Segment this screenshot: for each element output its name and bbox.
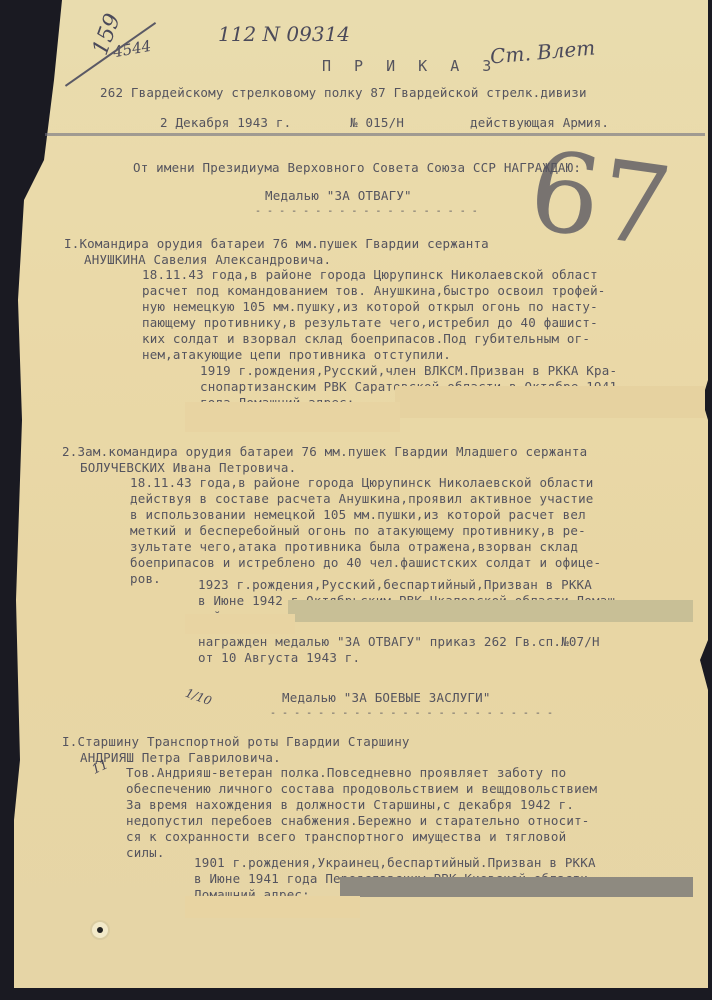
entry-2-body-4: меткий и бесперебойный огонь по атакующе… bbox=[130, 523, 586, 538]
redacted-address-1b bbox=[185, 402, 400, 432]
entry-1-body-4: пающему противнику,в результате чего,ист… bbox=[142, 315, 598, 330]
redacted-address-2 bbox=[288, 600, 693, 622]
entry-3-name: АНДРИЯШ Петра Гавриловича. bbox=[80, 750, 281, 765]
entry-2-body-3: в использовании немецкой 105 мм.пушки,из… bbox=[130, 507, 586, 522]
order-date: 2 Декабря 1943 г. bbox=[160, 115, 291, 130]
order-title: П Р И К А З bbox=[322, 57, 498, 75]
entry-2-body-1: 18.11.43 года,в районе города Цюрупинск … bbox=[130, 475, 594, 490]
entry-1-rank: I.Командира орудия батареи 76 мм.пушек Г… bbox=[64, 236, 489, 251]
header-divider bbox=[45, 133, 705, 136]
entry-1-body-1: 18.11.43 года,в районе города Цюрупинск … bbox=[142, 267, 598, 282]
entry-3-body-1: Тов.Андрияш-ветеран полка.Повседневно пр… bbox=[126, 765, 566, 780]
order-unit: 262 Гвардейскому стрелковому полку 87 Гв… bbox=[100, 85, 587, 100]
redacted-address-3b bbox=[185, 896, 360, 918]
redacted-address-2b bbox=[185, 614, 295, 634]
big-handwritten-mark: 67 bbox=[522, 126, 678, 272]
entry-2-body-5: зультате чего,атака противника была отра… bbox=[130, 539, 578, 554]
archive-number: 112 N 09314 bbox=[218, 22, 350, 46]
punch-hole-center bbox=[97, 927, 103, 933]
entry-3-body-4: недопустил перебоев снабжения.Бережно и … bbox=[126, 813, 590, 828]
entry-3-body-6: силы. bbox=[126, 845, 165, 860]
order-location: действующая Армия. bbox=[470, 115, 609, 130]
entry-3-body-2: обеспечению личного состава продовольств… bbox=[126, 781, 597, 796]
prior-award-2: от 10 Августа 1943 г. bbox=[198, 650, 360, 665]
preamble: От имени Президиума Верховного Совета Со… bbox=[133, 160, 581, 175]
heading-underline: - - - - - - - - - - - - - - - - - - - bbox=[255, 206, 478, 217]
entry-1-name: АНУШКИНА Савелия Александровича. bbox=[84, 252, 331, 267]
entry-3-rank: I.Старшину Транспортной роты Гвардии Ста… bbox=[62, 734, 410, 749]
entry-1-body-2: расчет под командованием тов. Анушкина,б… bbox=[142, 283, 606, 298]
redacted-address-1 bbox=[395, 386, 705, 418]
entry-2-body-7: ров. bbox=[130, 571, 161, 586]
heading-underline-2: - - - - - - - - - - - - - - - - - - - - … bbox=[270, 708, 553, 719]
entry-1-bio-1: 1919 г.рождения,Русский,член ВЛКСМ.Призв… bbox=[200, 363, 617, 378]
entry-1-body-3: ную немецкую 105 мм.пушку,из которой отк… bbox=[142, 299, 598, 314]
prior-award-1: награжден медалью "ЗА ОТВАГУ" приказ 262… bbox=[198, 634, 600, 649]
entry-2-name: БОЛУЧЕВСКИХ Ивана Петровича. bbox=[80, 460, 296, 475]
medal-heading-2: Медалью "ЗА БОЕВЫЕ ЗАСЛУГИ" bbox=[282, 690, 491, 705]
entry-2-rank: 2.Зам.командира орудия батареи 76 мм.пуш… bbox=[62, 444, 587, 459]
redacted-address-3 bbox=[340, 877, 693, 897]
entry-1-body-6: нем,атакующие цепи противника отступили. bbox=[142, 347, 451, 362]
entry-1-body-5: ких солдат и взорвал склад боеприпасов.П… bbox=[142, 331, 590, 346]
entry-2-body-6: боеприпасов и истреблено до 40 чел.фашис… bbox=[130, 555, 601, 570]
entry-3-bio-1: 1901 г.рождения,Украинец,беспартийный.Пр… bbox=[194, 855, 596, 870]
order-number: № 015/Н bbox=[350, 115, 404, 130]
entry-2-bio-1: 1923 г.рождения,Русский,беспартийный,При… bbox=[198, 577, 592, 592]
entry-2-body-2: действуя в составе расчета Анушкина,проя… bbox=[130, 491, 594, 506]
entry-3-body-3: За время нахождения в должности Старшины… bbox=[126, 797, 574, 812]
medal-heading-1: Медалью "ЗА ОТВАГУ" bbox=[265, 188, 412, 203]
entry-3-body-5: ся к сохранности всего транспортного иму… bbox=[126, 829, 566, 844]
